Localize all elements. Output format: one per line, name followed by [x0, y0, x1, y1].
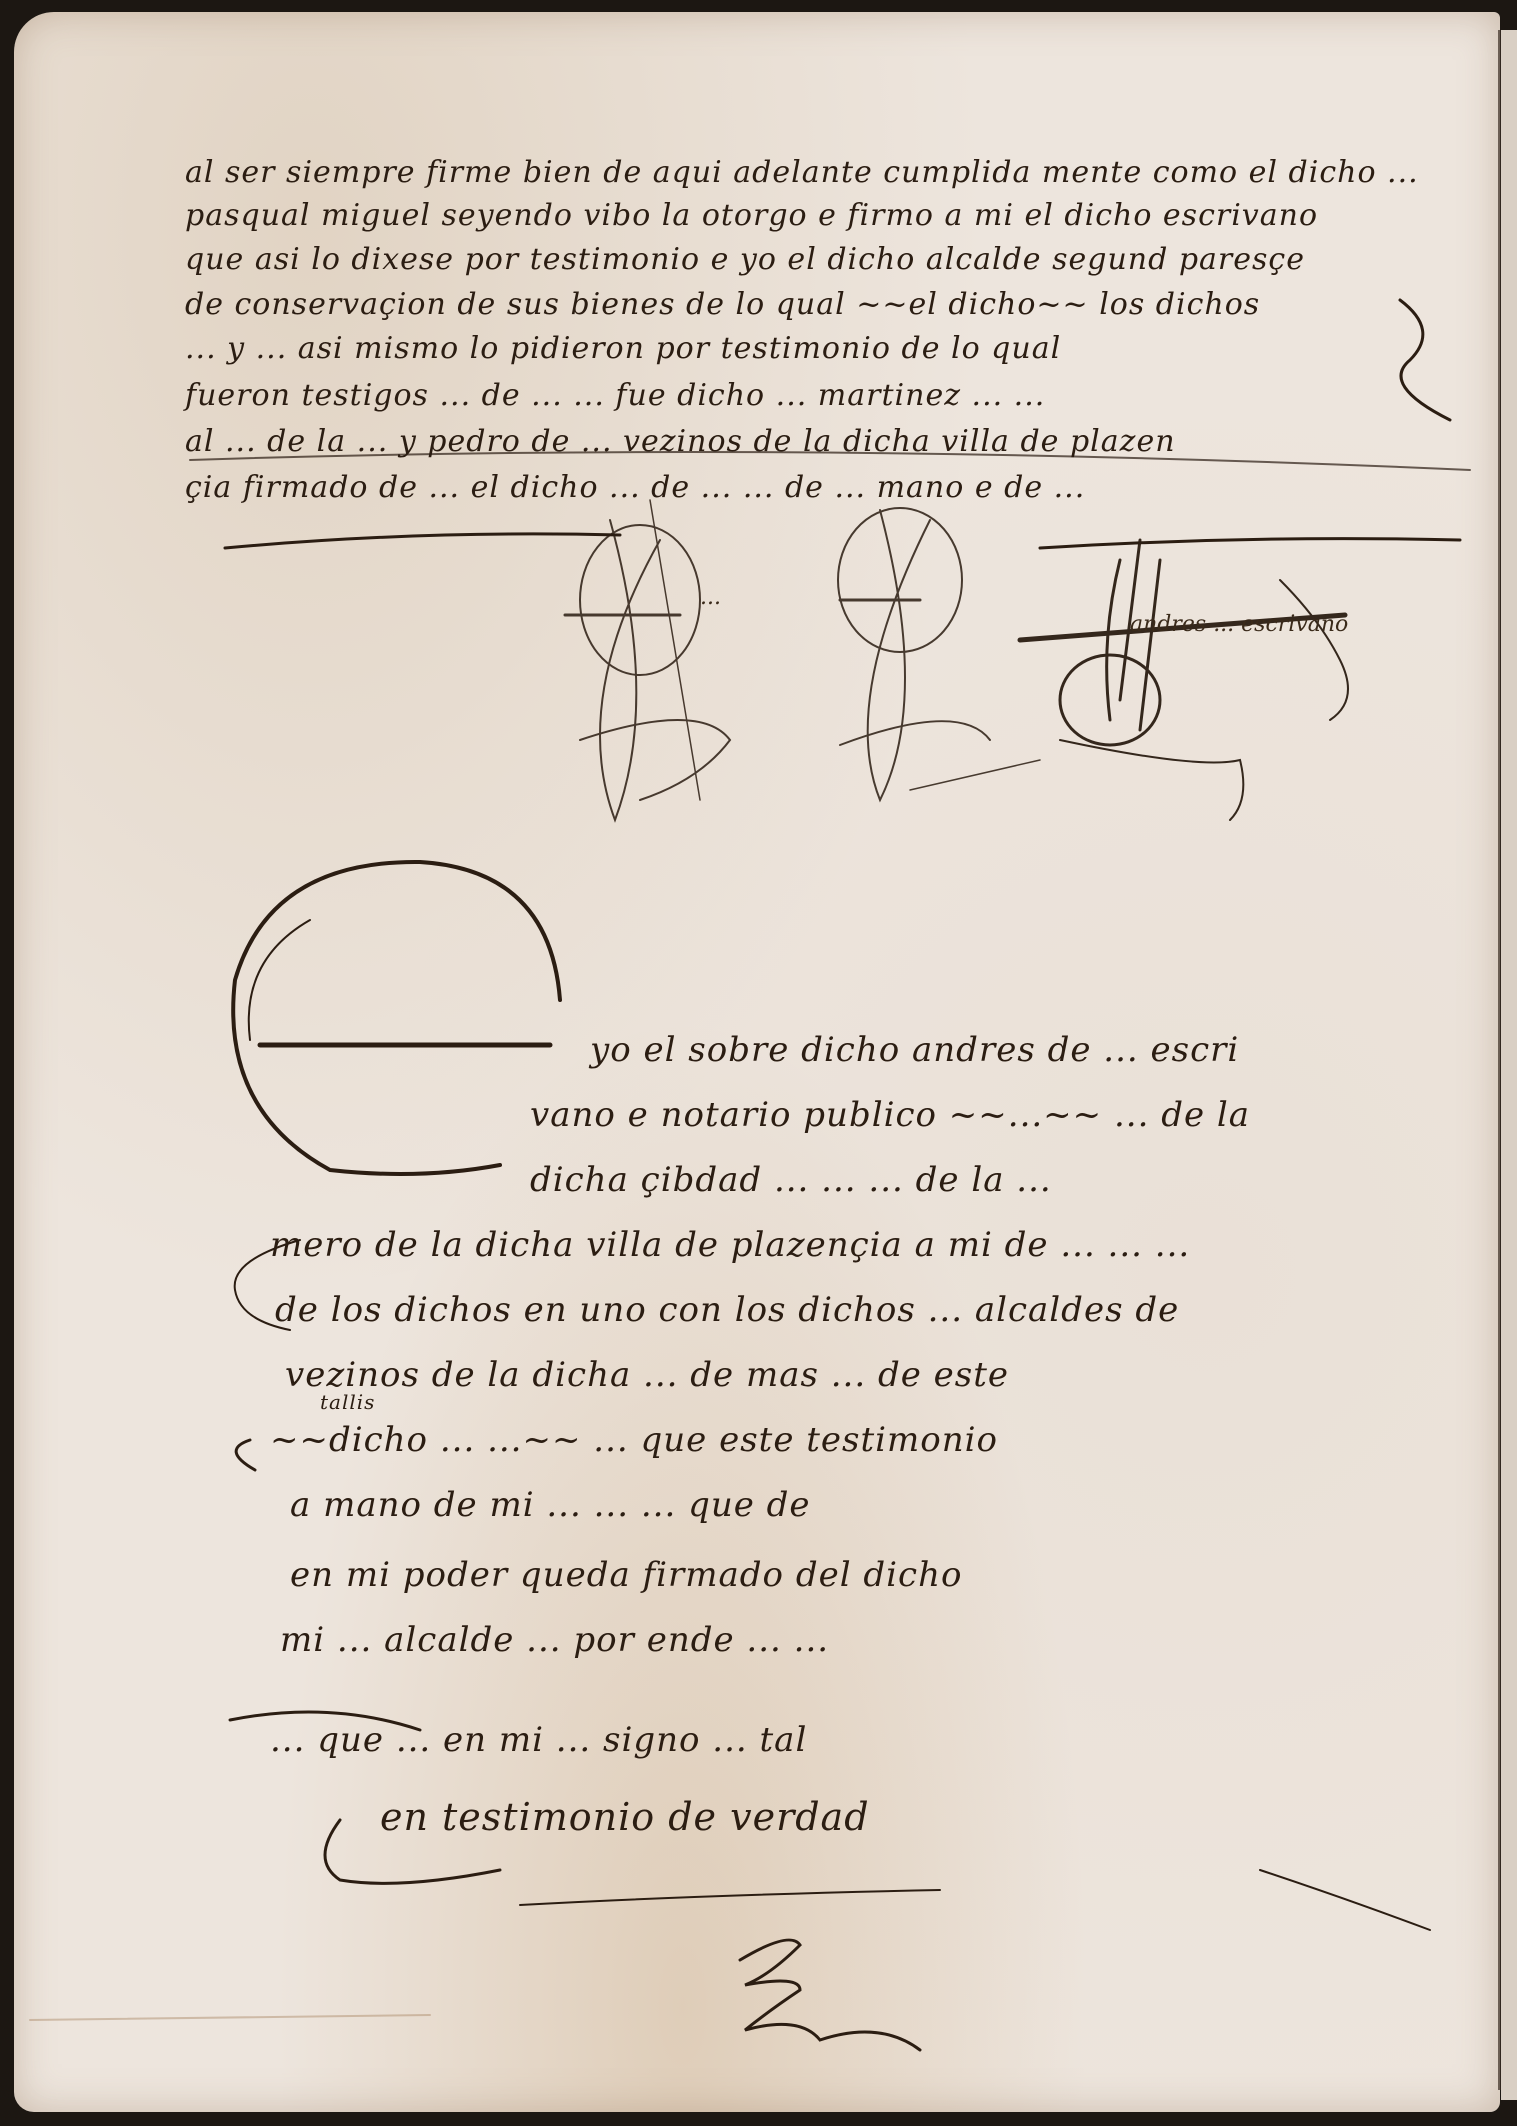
text-line: dicha çibdad ... ... ... de la ... [530, 1160, 1052, 1200]
signature-label-right: andres ... escrivano [1130, 612, 1348, 637]
text-line: a mano de mi ... ... ... que de [290, 1485, 811, 1525]
text-line: mero de la dicha villa de plazençia a mi… [270, 1225, 1190, 1265]
text-line: ... que ... en mi ... signo ... tal [270, 1720, 807, 1760]
interlinear-note: tallis [320, 1390, 375, 1414]
decorated-initial [233, 862, 560, 1174]
signature-center [838, 508, 1040, 800]
text-line: yo el sobre dicho andres de ... escri [590, 1030, 1239, 1070]
signature-right [1020, 540, 1348, 820]
signature-left [565, 500, 730, 820]
text-line-closing: en testimonio de verdad [380, 1795, 870, 1839]
text-line: en mi poder queda firmado del dicho [290, 1555, 962, 1595]
text-line: ~~dicho ... ...~~ ... que este testimoni… [270, 1420, 998, 1460]
closing-signum [740, 1940, 920, 2050]
signature-label-left: ... [700, 585, 721, 610]
text-line: mi ... alcalde ... por ende ... ... [280, 1620, 829, 1660]
text-line: de los dichos en uno con los dichos ... … [275, 1290, 1179, 1330]
text-line: vano e notario publico ~~...~~ ... de la [530, 1095, 1250, 1135]
text-line: vezinos de la dicha ... de mas ... de es… [285, 1355, 1009, 1395]
